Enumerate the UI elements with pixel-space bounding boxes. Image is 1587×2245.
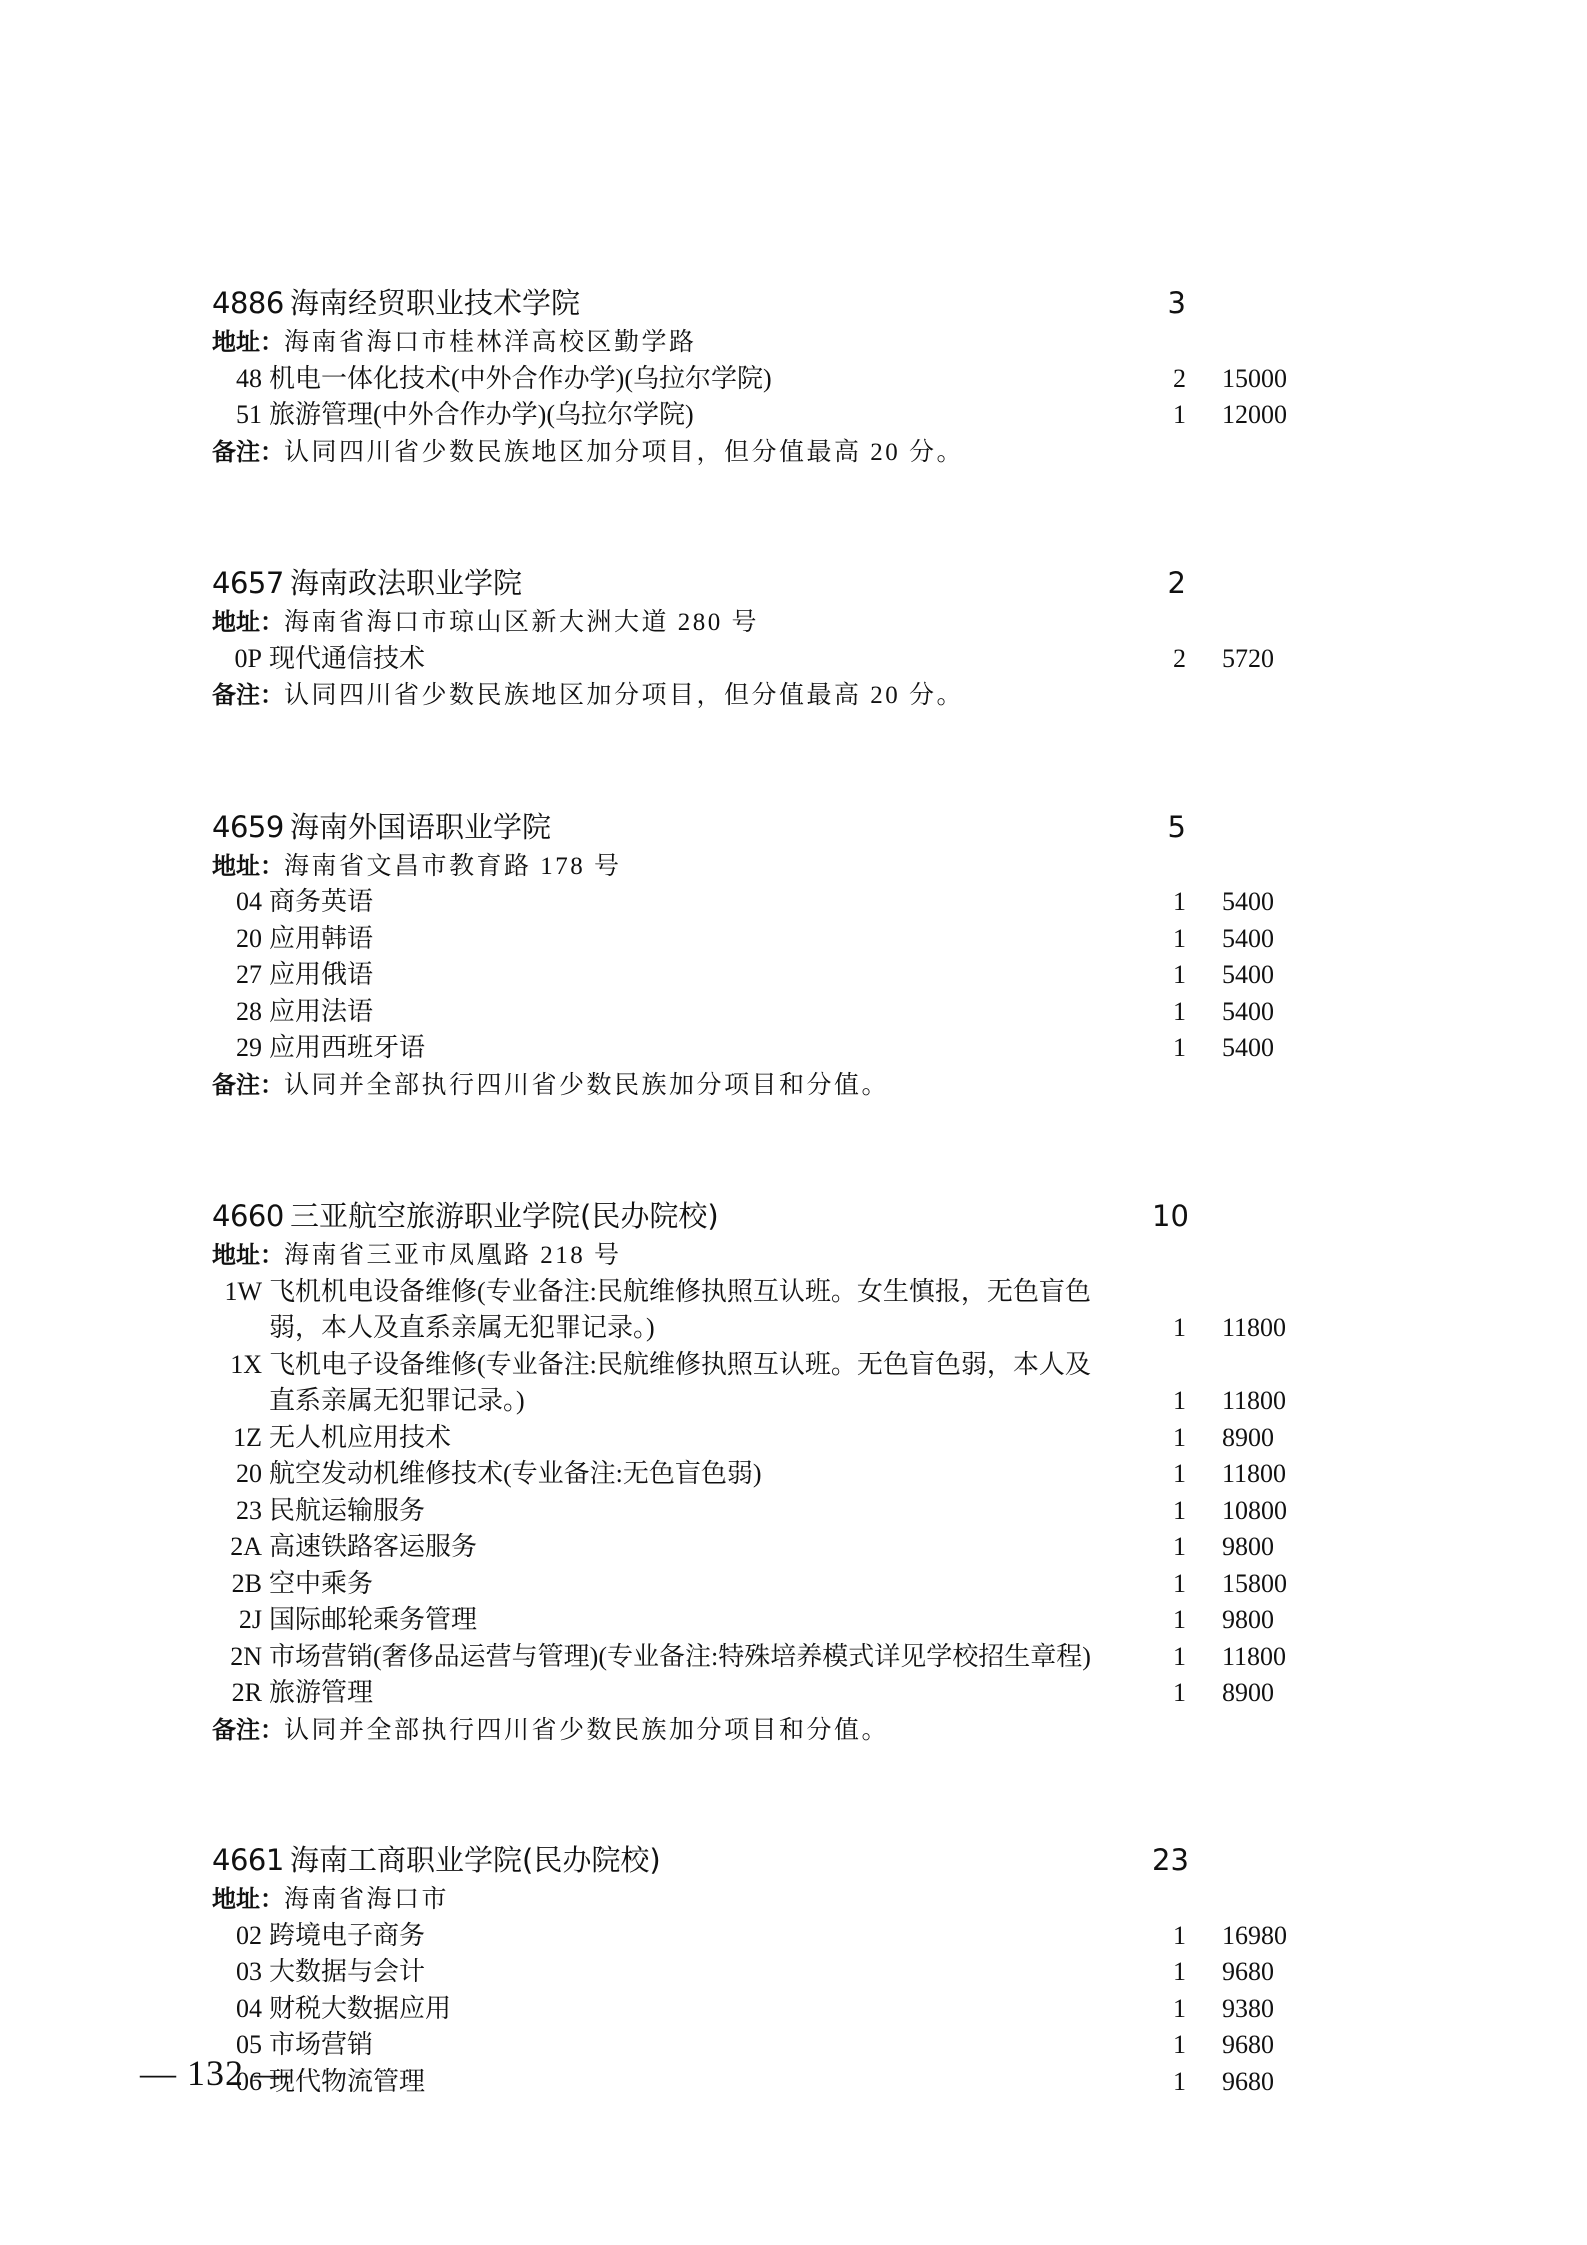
school-block: 4886海南经贸职业技术学院 3 地址：海南省海口市桂林洋高校区勤学路 48 机…: [212, 282, 1362, 470]
major-name: 现代物流管理: [269, 2064, 1109, 2101]
major-fee: 9380: [1222, 1991, 1274, 2028]
school-name: 海南工商职业学院(民办院校): [290, 1839, 661, 1881]
school-name: 三亚航空旅游职业学院(民办院校): [290, 1195, 719, 1237]
major-code: 48: [212, 361, 262, 398]
major-name: 高速铁路客运服务: [269, 1529, 1109, 1566]
major-fee: 8900: [1222, 1420, 1274, 1457]
major-name: 市场营销: [269, 2027, 1109, 2064]
major-code: 51: [212, 397, 262, 434]
address-value: 海南省海口市琼山区新大洲大道 280 号: [284, 609, 759, 636]
page-number: — 132 —: [140, 2050, 291, 2096]
major-count: 1: [1166, 1310, 1186, 1347]
document-page: 4886海南经贸职业技术学院 3 地址：海南省海口市桂林洋高校区勤学路 48 机…: [212, 282, 1362, 2100]
major-count: 1: [1166, 1675, 1186, 1712]
address-label: 地址：: [212, 1241, 284, 1269]
note-label: 备注：: [212, 1071, 284, 1099]
school-code: 4657: [212, 562, 290, 604]
major-fee: 9680: [1222, 1954, 1274, 1991]
major-count: 1: [1166, 1383, 1186, 1420]
note-label: 备注：: [212, 438, 284, 466]
major-fee: 11800: [1222, 1310, 1286, 1347]
major-row: 04 财税大数据应用 1 9380: [212, 1991, 1362, 2028]
major-code: 20: [212, 1456, 262, 1493]
major-name: 飞机机电设备维修(专业备注:民航维修执照互认班。女生慎报，无色盲色弱，本人及直系…: [269, 1274, 1109, 1347]
major-name: 大数据与会计: [269, 1954, 1109, 1991]
major-code: 2B: [212, 1566, 262, 1603]
major-fee: 5720: [1222, 641, 1274, 678]
address-value: 海南省三亚市凤凰路 218 号: [284, 1242, 622, 1269]
major-count: 1: [1166, 1954, 1186, 1991]
major-fee: 12000: [1222, 397, 1287, 434]
major-row: 0P 现代通信技术 2 5720: [212, 641, 1362, 678]
major-row: 2J 国际邮轮乘务管理 1 9800: [212, 1602, 1362, 1639]
school-note: 备注：认同四川省少数民族地区加分项目，但分值最高 20 分。: [212, 434, 1362, 471]
school-name: 海南经贸职业技术学院: [290, 282, 580, 324]
major-code: 23: [212, 1493, 262, 1530]
major-row: 03 大数据与会计 1 9680: [212, 1954, 1362, 1991]
major-fee: 15800: [1222, 1566, 1287, 1603]
major-row: 20 应用韩语 1 5400: [212, 921, 1362, 958]
major-row: 27 应用俄语 1 5400: [212, 957, 1362, 994]
major-count: 1: [1166, 2027, 1186, 2064]
major-count: 1: [1166, 1602, 1186, 1639]
major-count: 1: [1166, 1030, 1186, 1067]
school-block: 4659海南外国语职业学院 5 地址：海南省文昌市教育路 178 号 04 商务…: [212, 806, 1362, 1104]
major-count: 1: [1166, 1566, 1186, 1603]
major-name: 财税大数据应用: [269, 1991, 1109, 2028]
major-code: 2R: [212, 1675, 262, 1712]
major-code: 04: [212, 1991, 262, 2028]
major-row: 51 旅游管理(中外合作办学)(乌拉尔学院) 1 12000: [212, 397, 1362, 434]
major-fee: 11800: [1222, 1456, 1286, 1493]
major-fee: 5400: [1222, 957, 1274, 994]
major-code: 1W: [212, 1274, 262, 1311]
major-row: 2N 市场营销(奢侈品运营与管理)(专业备注:特殊培养模式详见学校招生章程) 1…: [212, 1639, 1362, 1676]
major-name: 机电一体化技术(中外合作办学)(乌拉尔学院): [269, 361, 1109, 398]
school-heading: 4659海南外国语职业学院 5: [212, 806, 1362, 848]
major-row: 06 现代物流管理 1 9680: [212, 2064, 1362, 2101]
major-name: 商务英语: [269, 884, 1109, 921]
major-row: 48 机电一体化技术(中外合作办学)(乌拉尔学院) 2 15000: [212, 361, 1362, 398]
major-fee: 5400: [1222, 884, 1274, 921]
note-value: 认同并全部执行四川省少数民族加分项目和分值。: [284, 1072, 889, 1099]
major-fee: 8900: [1222, 1675, 1274, 1712]
major-row: 2R 旅游管理 1 8900: [212, 1675, 1362, 1712]
school-code: 4661: [212, 1839, 290, 1881]
major-fee: 9680: [1222, 2064, 1274, 2101]
major-name: 应用西班牙语: [269, 1030, 1109, 1067]
major-name: 旅游管理(中外合作办学)(乌拉尔学院): [269, 397, 1109, 434]
major-count: 1: [1166, 1529, 1186, 1566]
major-row: 2A 高速铁路客运服务 1 9800: [212, 1529, 1362, 1566]
major-name: 民航运输服务: [269, 1493, 1109, 1530]
major-row: 28 应用法语 1 5400: [212, 994, 1362, 1031]
school-plan-count: 10: [1152, 1195, 1186, 1237]
major-fee: 11800: [1222, 1639, 1286, 1676]
school-block: 4661海南工商职业学院(民办院校) 23 地址：海南省海口市 02 跨境电子商…: [212, 1839, 1362, 2100]
major-row: 20 航空发动机维修技术(专业备注:无色盲色弱) 1 11800: [212, 1456, 1362, 1493]
note-value: 认同四川省少数民族地区加分项目，但分值最高 20 分。: [284, 682, 964, 709]
school-address: 地址：海南省文昌市教育路 178 号: [212, 848, 1362, 885]
major-row: 02 跨境电子商务 1 16980: [212, 1918, 1362, 1955]
major-fee: 5400: [1222, 921, 1274, 958]
major-fee: 5400: [1222, 994, 1274, 1031]
address-value: 海南省文昌市教育路 178 号: [284, 853, 622, 880]
major-count: 2: [1166, 361, 1186, 398]
school-block: 4660三亚航空旅游职业学院(民办院校) 10 地址：海南省三亚市凤凰路 218…: [212, 1195, 1362, 1748]
major-fee: 5400: [1222, 1030, 1274, 1067]
major-name: 跨境电子商务: [269, 1918, 1109, 1955]
major-code: 02: [212, 1918, 262, 1955]
major-count: 1: [1166, 1493, 1186, 1530]
school-address: 地址：海南省海口市琼山区新大洲大道 280 号: [212, 604, 1362, 641]
school-plan-count: 5: [1152, 806, 1186, 848]
school-block: 4657海南政法职业学院 2 地址：海南省海口市琼山区新大洲大道 280 号 0…: [212, 562, 1362, 714]
address-value: 海南省海口市: [284, 1886, 449, 1913]
school-plan-count: 23: [1152, 1839, 1186, 1881]
major-count: 1: [1166, 921, 1186, 958]
major-count: 1: [1166, 1456, 1186, 1493]
note-label: 备注：: [212, 681, 284, 709]
major-count: 1: [1166, 1420, 1186, 1457]
address-label: 地址：: [212, 1885, 284, 1913]
major-fee: 11800: [1222, 1383, 1286, 1420]
section-gap: [212, 1103, 1362, 1195]
major-name: 航空发动机维修技术(专业备注:无色盲色弱): [269, 1456, 1109, 1493]
major-name: 市场营销(奢侈品运营与管理)(专业备注:特殊培养模式详见学校招生章程): [269, 1639, 1109, 1676]
major-code: 04: [212, 884, 262, 921]
school-name: 海南政法职业学院: [290, 562, 522, 604]
school-code: 4886: [212, 282, 290, 324]
major-name: 飞机电子设备维修(专业备注:民航维修执照互认班。无色盲色弱，本人及直系亲属无犯罪…: [269, 1347, 1109, 1420]
major-row: 04 商务英语 1 5400: [212, 884, 1362, 921]
school-heading: 4660三亚航空旅游职业学院(民办院校) 10: [212, 1195, 1362, 1237]
major-row: 23 民航运输服务 1 10800: [212, 1493, 1362, 1530]
major-name: 无人机应用技术: [269, 1420, 1109, 1457]
major-row: 2B 空中乘务 1 15800: [212, 1566, 1362, 1603]
major-name: 应用俄语: [269, 957, 1109, 994]
major-row: 05 市场营销 1 9680: [212, 2027, 1362, 2064]
major-name: 应用法语: [269, 994, 1109, 1031]
major-count: 1: [1166, 994, 1186, 1031]
major-code: 03: [212, 1954, 262, 1991]
school-address: 地址：海南省海口市桂林洋高校区勤学路: [212, 324, 1362, 361]
major-fee: 15000: [1222, 361, 1287, 398]
major-code: 1X: [212, 1347, 262, 1384]
major-count: 1: [1166, 1918, 1186, 1955]
major-code: 27: [212, 957, 262, 994]
section-gap: [212, 1748, 1362, 1839]
section-gap: [212, 714, 1362, 806]
note-value: 认同四川省少数民族地区加分项目，但分值最高 20 分。: [284, 439, 964, 466]
major-count: 1: [1166, 884, 1186, 921]
major-fee: 10800: [1222, 1493, 1287, 1530]
address-label: 地址：: [212, 328, 284, 356]
major-code: 2N: [212, 1639, 262, 1676]
school-code: 4660: [212, 1195, 290, 1237]
major-count: 1: [1166, 957, 1186, 994]
school-note: 备注：认同并全部执行四川省少数民族加分项目和分值。: [212, 1712, 1362, 1749]
major-count: 2: [1166, 641, 1186, 678]
major-name: 现代通信技术: [269, 641, 1109, 678]
major-code: 1Z: [212, 1420, 262, 1457]
major-count: 1: [1166, 2064, 1186, 2101]
school-heading: 4661海南工商职业学院(民办院校) 23: [212, 1839, 1362, 1881]
major-fee: 9680: [1222, 2027, 1274, 2064]
note-label: 备注：: [212, 1716, 284, 1744]
major-count: 1: [1166, 397, 1186, 434]
major-row: 1W 飞机机电设备维修(专业备注:民航维修执照互认班。女生慎报，无色盲色弱，本人…: [212, 1274, 1362, 1347]
school-address: 地址：海南省海口市: [212, 1881, 1362, 1918]
address-value: 海南省海口市桂林洋高校区勤学路: [284, 329, 697, 356]
major-code: 28: [212, 994, 262, 1031]
major-fee: 9800: [1222, 1602, 1274, 1639]
school-plan-count: 2: [1152, 562, 1186, 604]
school-address: 地址：海南省三亚市凤凰路 218 号: [212, 1237, 1362, 1274]
major-code: 2A: [212, 1529, 262, 1566]
major-name: 空中乘务: [269, 1566, 1109, 1603]
school-note: 备注：认同四川省少数民族地区加分项目，但分值最高 20 分。: [212, 677, 1362, 714]
school-note: 备注：认同并全部执行四川省少数民族加分项目和分值。: [212, 1067, 1362, 1104]
address-label: 地址：: [212, 608, 284, 636]
major-code: 0P: [212, 641, 262, 678]
major-name: 应用韩语: [269, 921, 1109, 958]
major-code: 2J: [212, 1602, 262, 1639]
school-heading: 4886海南经贸职业技术学院 3: [212, 282, 1362, 324]
major-count: 1: [1166, 1639, 1186, 1676]
section-gap: [212, 470, 1362, 562]
major-row: 1X 飞机电子设备维修(专业备注:民航维修执照互认班。无色盲色弱，本人及直系亲属…: [212, 1347, 1362, 1420]
school-name: 海南外国语职业学院: [290, 806, 551, 848]
major-fee: 16980: [1222, 1918, 1287, 1955]
school-plan-count: 3: [1152, 282, 1186, 324]
major-name: 旅游管理: [269, 1675, 1109, 1712]
major-name: 国际邮轮乘务管理: [269, 1602, 1109, 1639]
major-code: 20: [212, 921, 262, 958]
major-count: 1: [1166, 1991, 1186, 2028]
major-code: 29: [212, 1030, 262, 1067]
school-heading: 4657海南政法职业学院 2: [212, 562, 1362, 604]
note-value: 认同并全部执行四川省少数民族加分项目和分值。: [284, 1717, 889, 1744]
major-fee: 9800: [1222, 1529, 1274, 1566]
major-row: 1Z 无人机应用技术 1 8900: [212, 1420, 1362, 1457]
major-row: 29 应用西班牙语 1 5400: [212, 1030, 1362, 1067]
school-code: 4659: [212, 806, 290, 848]
address-label: 地址：: [212, 852, 284, 880]
